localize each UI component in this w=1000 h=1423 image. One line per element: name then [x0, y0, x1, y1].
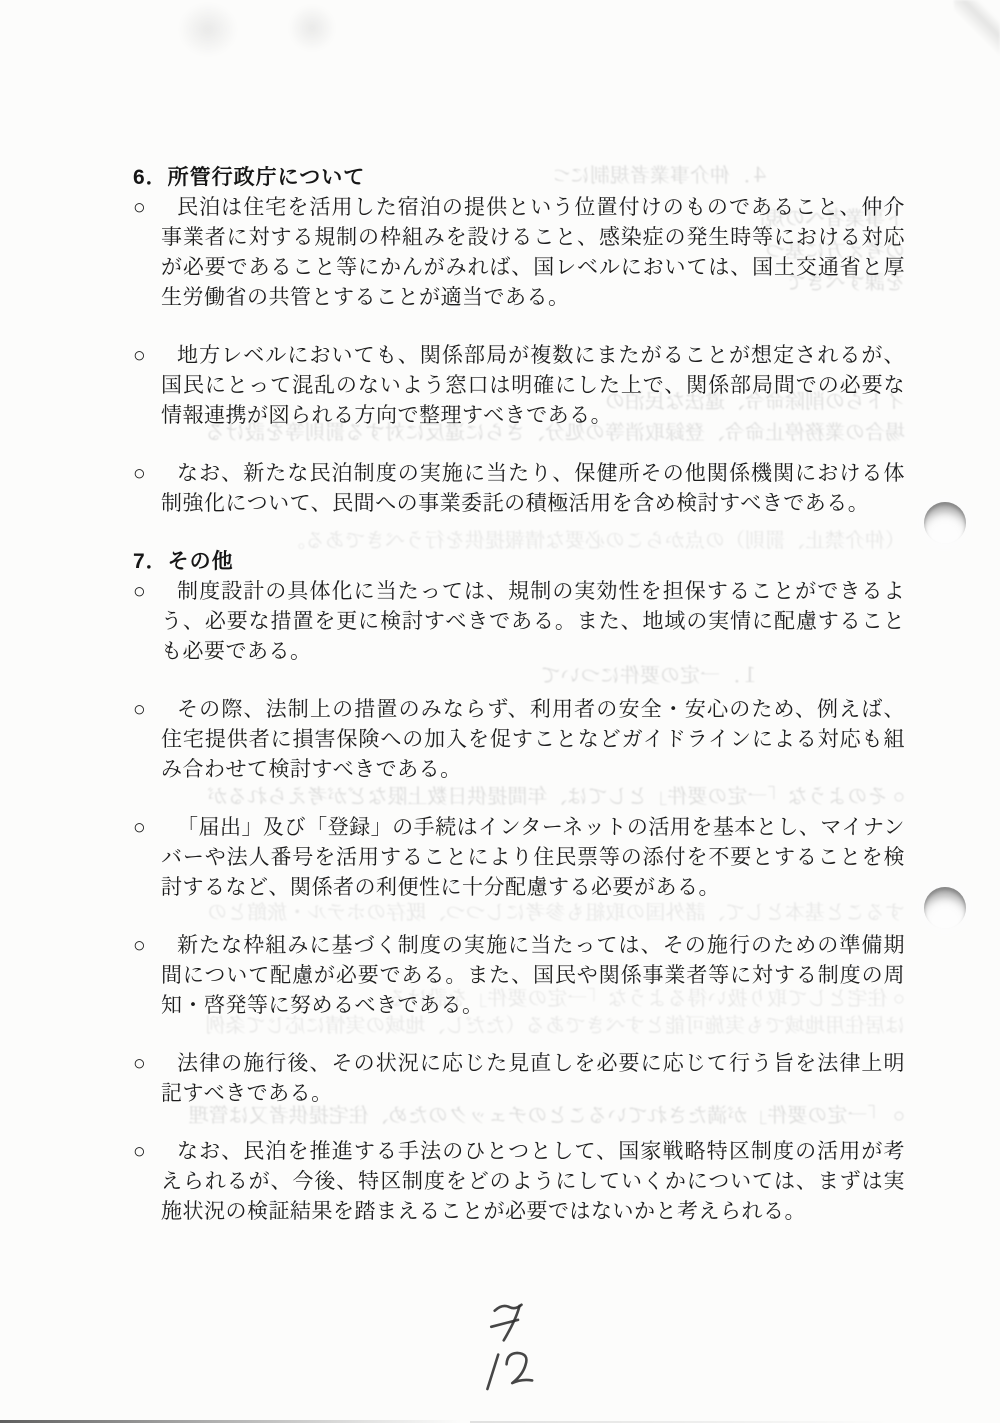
section-heading: 6．所管行政庁について — [133, 163, 905, 193]
scan-smudge — [178, 2, 238, 57]
handwritten-page-number — [468, 1290, 562, 1405]
circle-bullet-marker: ○ — [133, 1049, 146, 1079]
bullet-item: ○ 新たな枠組みに基づく制度の実施に当たっては、その施行のための準備期間について… — [133, 931, 905, 1021]
bullet-item: ○ 民泊は住宅を活用した宿泊の提供という位置付けのものであること、仲介事業者に対… — [133, 193, 905, 313]
bullet-item: ○ 制度設計の具体化に当たっては、規制の実効性を担保することができるよう、必要な… — [133, 577, 905, 667]
bullet-text: 新たな枠組みに基づく制度の実施に当たっては、その施行のための準備期間について配慮… — [161, 934, 905, 1017]
bullet-text: 地方レベルにおいても、関係部局が複数にまたがることが想定されるが、国民にとって混… — [161, 344, 905, 427]
bullet-text: 法律の施行後、その状況に応じた見直しを必要に応じて行う旨を法律上明記すべきである… — [161, 1052, 905, 1105]
circle-bullet-marker: ○ — [133, 813, 146, 843]
bullet-text: 民泊は住宅を活用した宿泊の提供という位置付けのものであること、仲介事業者に対する… — [161, 196, 905, 309]
punch-hole-shadow — [924, 887, 966, 929]
bullet-item: ○ なお、民泊を推進する手法のひとつとして、国家戦略特区制度の活用が考えられるが… — [133, 1137, 905, 1227]
circle-bullet-marker: ○ — [133, 341, 146, 371]
bullet-item: ○ 法律の施行後、その状況に応じた見直しを必要に応じて行う旨を法律上明記すべきで… — [133, 1049, 905, 1109]
handwritten-crossed-seven — [491, 1305, 523, 1341]
handwritten-twelve — [486, 1352, 532, 1389]
section-heading: 7．その他 — [133, 547, 905, 577]
scan-smudge — [288, 4, 336, 52]
bullet-text: 制度設計の具体化に当たっては、規制の実効性を担保することができるよう、必要な措置… — [161, 580, 905, 663]
circle-bullet-marker: ○ — [133, 931, 146, 961]
bullet-item: ○ 「届出」及び「登録」の手続はインターネットの活用を基本とし、マイナンバーや法… — [133, 813, 905, 903]
bullet-text: なお、民泊を推進する手法のひとつとして、国家戦略特区制度の活用が考えられるが、今… — [161, 1140, 905, 1223]
circle-bullet-marker: ○ — [133, 695, 146, 725]
bullet-item: ○ なお、新たな民泊制度の実施に当たり、保健所その他関係機関における体制強化につ… — [133, 459, 905, 519]
bullet-item: ○ 地方レベルにおいても、関係部局が複数にまたがることが想定されるが、国民にとっ… — [133, 341, 905, 431]
section-7-other: 7．その他 ○ 制度設計の具体化に当たっては、規制の実効性を担保することができる… — [133, 547, 905, 1227]
section-6-governing-agency: 6．所管行政庁について ○ 民泊は住宅を活用した宿泊の提供という位置付けのもので… — [133, 163, 905, 519]
document-body: 6．所管行政庁について ○ 民泊は住宅を活用した宿泊の提供という位置付けのもので… — [133, 163, 905, 1255]
circle-bullet-marker: ○ — [133, 1137, 146, 1167]
punch-hole-shadow — [924, 502, 966, 544]
circle-bullet-marker: ○ — [133, 577, 146, 607]
scanned-document-page: ４．仲介事業者規制について ト事業者への規制のあり方 の考え方に基づくものとし … — [0, 0, 1000, 1423]
bullet-text: 「届出」及び「登録」の手続はインターネットの活用を基本とし、マイナンバーや法人番… — [161, 816, 905, 899]
circle-bullet-marker: ○ — [133, 459, 146, 489]
bullet-item: ○ その際、法制上の措置のみならず、利用者の安全・安心のため、例えば、住宅提供者… — [133, 695, 905, 785]
circle-bullet-marker: ○ — [133, 193, 146, 223]
bullet-text: その際、法制上の措置のみならず、利用者の安全・安心のため、例えば、住宅提供者に損… — [161, 698, 905, 781]
page-curl-streak — [954, 0, 1000, 58]
bullet-text: なお、新たな民泊制度の実施に当たり、保健所その他関係機関における体制強化について… — [161, 462, 905, 515]
